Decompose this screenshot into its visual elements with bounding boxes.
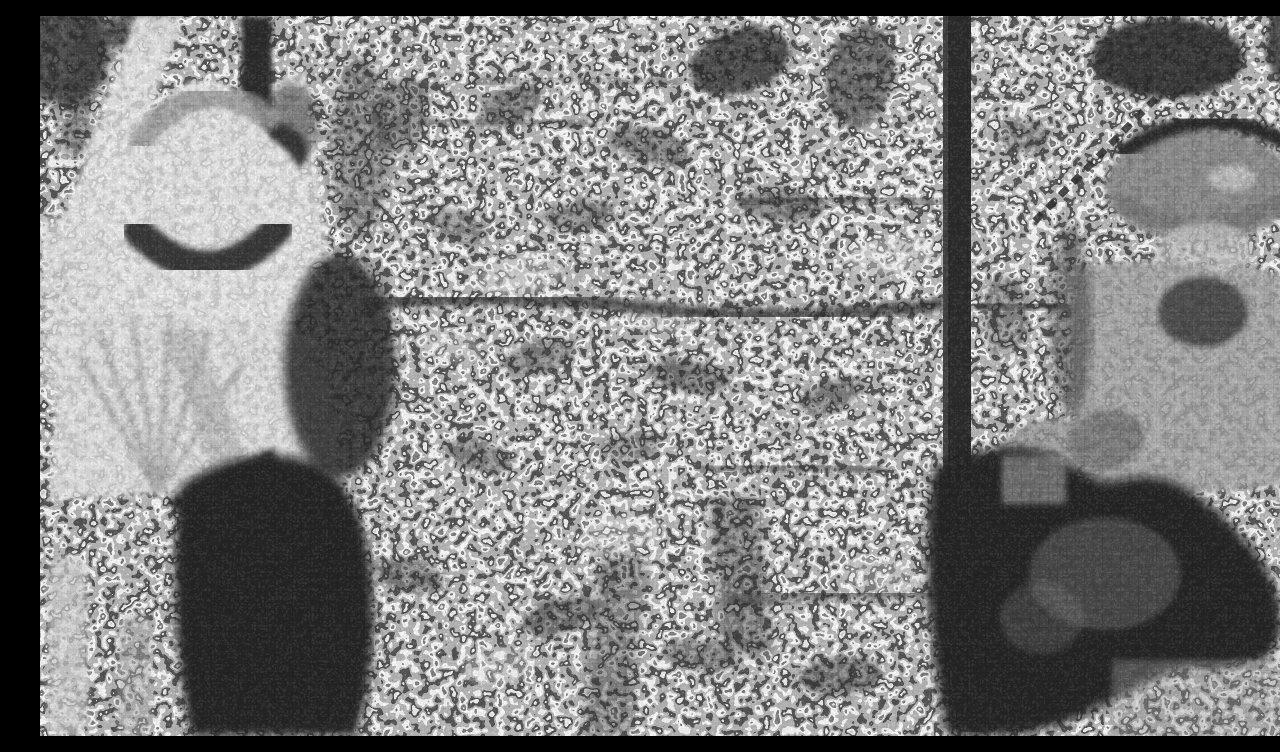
grain-overlay-dark <box>40 16 1280 736</box>
photo-two-children-on-swings: Grainy monochrome photo of two children … <box>40 16 1280 736</box>
photo-canvas: Grainy monochrome photo of two children … <box>40 16 1280 736</box>
